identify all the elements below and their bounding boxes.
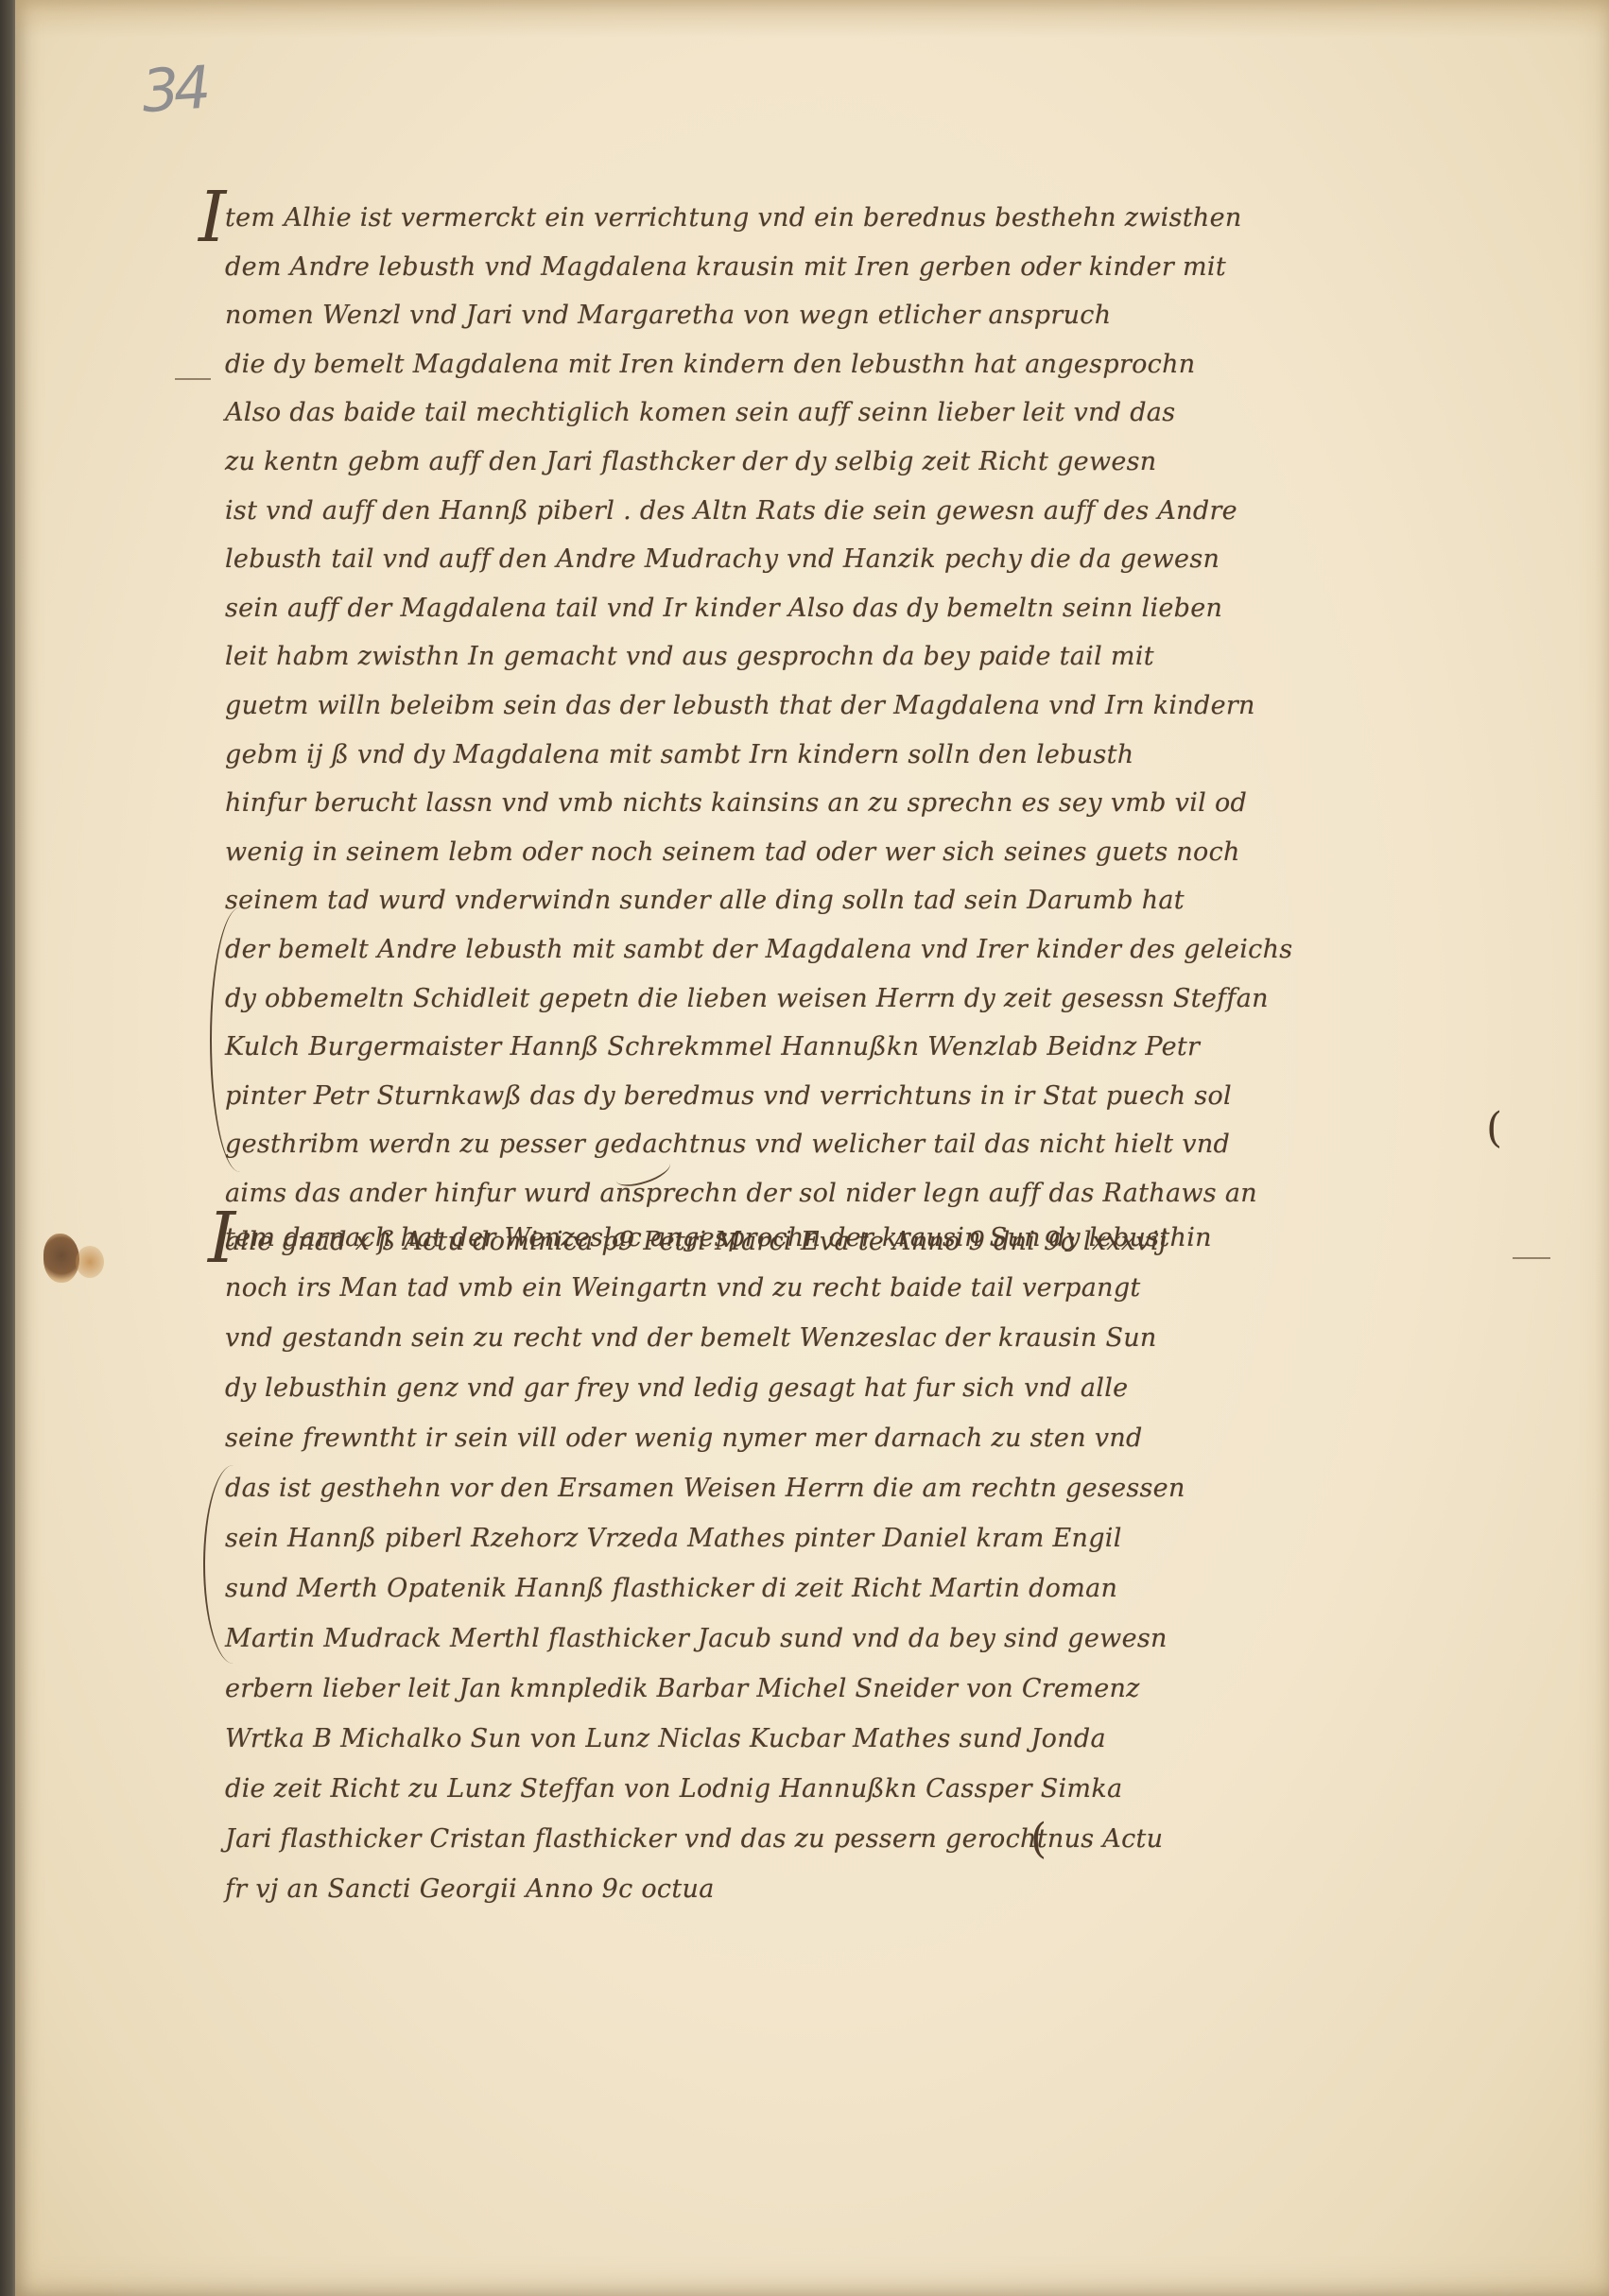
water-stain: [76, 1246, 104, 1278]
entry-2: I tem darnach hat der Wenzeslac angespro…: [225, 1213, 1539, 1914]
ink-stain: [43, 1234, 79, 1283]
entry-end-mark: (: [1030, 1815, 1047, 1863]
text-line: pinter Petr Sturnkawß das dy beredmus vn…: [225, 1072, 1539, 1121]
text-line: lebusth tail vnd auff den Andre Mudrachy…: [225, 535, 1539, 584]
text-line: tem Alhie ist vermerckt ein verrichtung …: [225, 194, 1539, 243]
text-line: die zeit Richt zu Lunz Steffan von Lodni…: [225, 1764, 1539, 1814]
text-line: seine frewntht ir sein vill oder wenig n…: [225, 1413, 1539, 1463]
entry-end-mark: (: [1486, 1104, 1502, 1152]
text-line: dem Andre lebusth vnd Magdalena krausin …: [225, 243, 1539, 292]
text-line: der bemelt Andre lebusth mit sambt der M…: [225, 925, 1539, 975]
text-line: dy obbemeltn Schidleit gepetn die lieben…: [225, 975, 1539, 1024]
text-line: wenig in seinem lebm oder noch seinem ta…: [225, 828, 1539, 877]
text-line: das ist gesthehn vor den Ersamen Weisen …: [225, 1463, 1539, 1513]
text-line: fr vj an Sancti Georgii Anno 9c octua: [225, 1864, 1539, 1914]
margin-dash: [175, 378, 211, 380]
text-line: Martin Mudrack Merthl flasthicker Jacub …: [225, 1614, 1539, 1664]
text-line: sein Hannß piberl Rzehorz Vrzeda Mathes …: [225, 1513, 1539, 1563]
text-line: noch irs Man tad vmb ein Weingartn vnd z…: [225, 1263, 1539, 1313]
text-line: Kulch Burgermaister Hannß Schrekmmel Han…: [225, 1023, 1539, 1072]
entry-1: I tem Alhie ist vermerckt ein verrichtun…: [225, 194, 1539, 1267]
text-line: ist vnd auff den Hannß piberl . des Altn…: [225, 487, 1539, 536]
text-line: gebm ij ß vnd dy Magdalena mit sambt Irn…: [225, 731, 1539, 780]
text-line: erbern lieber leit Jan kmnpledik Barbar …: [225, 1664, 1539, 1714]
text-line: seinem tad wurd vnderwindn sunder alle d…: [225, 876, 1539, 925]
text-line: sund Merth Opatenik Hannß flasthicker di…: [225, 1563, 1539, 1614]
text-line: tem darnach hat der Wenzeslac angesproch…: [225, 1213, 1539, 1263]
text-line: leit habm zwisthn In gemacht vnd aus ges…: [225, 632, 1539, 682]
text-line: Jari flasthicker Cristan flasthicker vnd…: [225, 1814, 1539, 1864]
initial-letter: I: [208, 1198, 235, 1279]
text-line: Wrtka B Michalko Sun von Lunz Niclas Kuc…: [225, 1714, 1539, 1764]
text-line: zu kentn gebm auff den Jari flasthcker d…: [225, 438, 1539, 487]
folio-number: 34: [140, 53, 208, 126]
text-line: sein auff der Magdalena tail vnd Ir kind…: [225, 584, 1539, 633]
page-top-discoloration: [15, 0, 1609, 38]
text-line: gesthribm werdn zu pesser gedachtnus vnd…: [225, 1120, 1539, 1169]
text-line: vnd gestandn sein zu recht vnd der bemel…: [225, 1313, 1539, 1363]
text-line: hinfur berucht lassn vnd vmb nichts kain…: [225, 779, 1539, 828]
text-line: guetm willn beleibm sein das der lebusth…: [225, 682, 1539, 731]
text-line: nomen Wenzl vnd Jari vnd Margaretha von …: [225, 291, 1539, 340]
text-line: aims das ander hinfur wurd ansprechn der…: [225, 1169, 1539, 1218]
initial-letter: I: [199, 177, 226, 258]
text-line: die dy bemelt Magdalena mit Iren kindern…: [225, 340, 1539, 389]
text-line: Also das baide tail mechtiglich komen se…: [225, 388, 1539, 438]
text-line: dy lebusthin genz vnd gar frey vnd ledig…: [225, 1363, 1539, 1413]
